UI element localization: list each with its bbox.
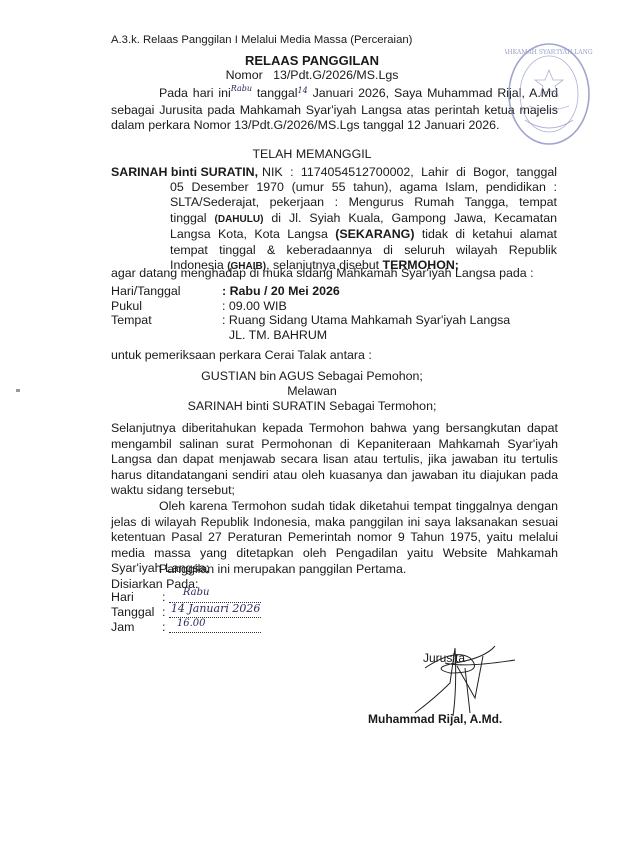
signature-scribble-icon — [395, 628, 535, 718]
versus-label: Melawan — [0, 384, 624, 398]
party-name: SARINAH binti SURATIN, — [111, 165, 258, 179]
notice-paragraph: Selanjutnya diberitahukan kepada Termoho… — [111, 421, 558, 499]
broadcast-row-time: Jam: 16.00 — [111, 620, 261, 635]
first-summons-text: Panggilan ini merupakan panggilan Pertam… — [159, 562, 406, 576]
party-line-1: NIK : 1174054512700002, Lahir di Bogor, … — [262, 165, 557, 180]
svg-text:MAHKAMAH SYAR'IYAH LANGSA: MAHKAMAH SYAR'IYAH LANGSA — [505, 49, 593, 56]
signatory-name: Muhammad Rijal, A.Md. — [368, 712, 502, 726]
appear-text: agar datang menghadap di muka sidang Mah… — [111, 266, 534, 280]
scan-mark — [16, 389, 20, 392]
document-page: A.3.k. Relaas Panggilan I Melalui Media … — [0, 0, 624, 864]
handwritten-date: 14 — [298, 86, 308, 95]
nomor-label: Nomor — [226, 68, 263, 82]
court-stamp-icon: MAHKAMAH SYAR'IYAH LANGSA — [505, 40, 593, 148]
petitioner: GUSTIAN bin AGUS Sebagai Pemohon; — [0, 369, 624, 383]
exam-text: untuk pemeriksaan perkara Cerai Talak an… — [111, 348, 372, 362]
hearing-schedule: Hari/Tanggal: Rabu / 20 Mei 2026 Pukul: … — [111, 284, 510, 342]
form-code: A.3.k. Relaas Panggilan I Melalui Media … — [111, 34, 412, 46]
case-number: 13/Pdt.G/2026/MS.Lgs — [273, 68, 398, 82]
intro-line-1: Pada hari iniRabu tanggal14 Januari 2026… — [111, 86, 558, 103]
schedule-row-address: JL. TM. BAHRUM — [111, 328, 510, 343]
schedule-row-place: Tempat: Ruang Sidang Utama Mahkamah Syar… — [111, 313, 510, 328]
party-details: 05 Desember 1970 (umur 55 tahun), agama … — [170, 180, 557, 274]
intro-line-2: sebagai Jurusita pada Mahkamah Syar'iyah… — [111, 103, 558, 119]
summoned-heading: TELAH MEMANGGIL — [0, 147, 624, 161]
intro-line-3: dalam perkara Nomor 13/Pdt.G/2026/MS.Lgs… — [111, 118, 558, 134]
schedule-row-date: Hari/Tanggal: Rabu / 20 Mei 2026 — [111, 284, 510, 299]
broadcast-info: Hari: Rabu Tanggal: 14 Januari 2026 Jam:… — [111, 590, 261, 634]
schedule-row-time: Pukul: 09.00 WIB — [111, 299, 510, 314]
respondent: SARINAH binti SURATIN Sebagai Termohon; — [0, 399, 624, 413]
handwritten-day: Rabu — [231, 84, 252, 93]
intro-paragraph: Pada hari iniRabu tanggal14 Januari 2026… — [111, 86, 558, 134]
